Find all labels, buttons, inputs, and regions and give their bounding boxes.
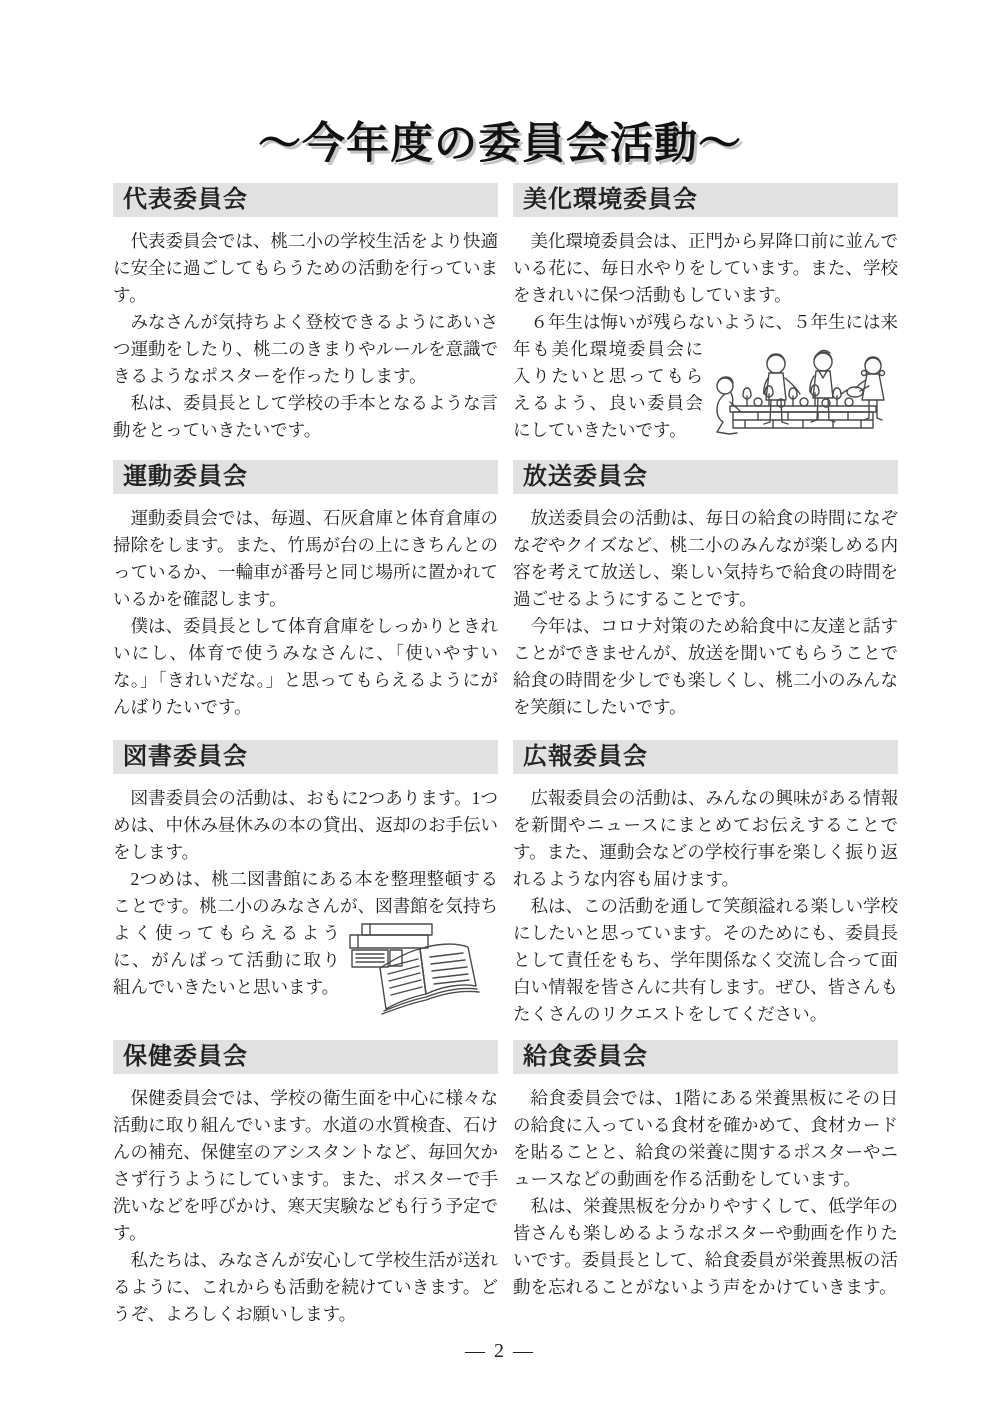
section-header: 代表委員会 — [113, 183, 498, 217]
section-sports-committee: 運動委員会 運動委員会では、毎週、石灰倉庫と体育倉庫の掃除をします。また、竹馬が… — [113, 460, 498, 721]
children-flowerbed-illustration — [703, 336, 898, 446]
section-header: 運動委員会 — [113, 460, 498, 494]
paragraph: 今年は、コロナ対策のため給食中に友達と話すことができませんが、放送を聞いてもらう… — [513, 613, 898, 721]
section-title: 運動委員会 — [123, 464, 248, 490]
paragraph: 図書委員会の活動は、おもに2つあります。1つめは、中休み昼休みの本の貸出、返却の… — [113, 785, 498, 866]
newsletter-page: ～今年度の委員会活動～ 代表委員会 代表委員会では、桃二小の学校生活をより快適に… — [0, 0, 1000, 1414]
section-title: 保健委員会 — [123, 1044, 248, 1070]
section-body: 放送委員会の活動は、毎日の給食の時間になぞなぞやクイズなど、桃二小のみんなが楽し… — [513, 505, 898, 721]
section-body: 美化環境委員会は、正門から昇降口前に並んでいる花に、毎日水やりをしています。また… — [513, 228, 898, 444]
section-body: 広報委員会の活動は、みんなの興味がある情報を新聞やニュースにまとめてお伝えするこ… — [513, 785, 898, 1028]
section-header: 図書委員会 — [113, 740, 498, 774]
section-header: 給食委員会 — [513, 1040, 898, 1074]
section-body: 運動委員会では、毎週、石灰倉庫と体育倉庫の掃除をします。また、竹馬が台の上にきち… — [113, 505, 498, 721]
section-title: 図書委員会 — [123, 744, 248, 770]
section-health-committee: 保健委員会 保健委員会では、学校の衛生面を中心に様々な活動に取り組んでいます。水… — [113, 1040, 498, 1328]
paragraph: 私は、栄養黒板を分かりやすくして、低学年の皆さんも楽しめるようなポスターや動画を… — [513, 1193, 898, 1301]
paragraph: 放送委員会の活動は、毎日の給食の時間になぞなぞやクイズなど、桃二小のみんなが楽し… — [513, 505, 898, 613]
paragraph: 僕は、委員長として体育倉庫をしっかりときれいにし、体育で使うみなさんに、「使いや… — [113, 613, 498, 721]
section-representative-committee: 代表委員会 代表委員会では、桃二小の学校生活をより快適に安全に過ごしてもらうため… — [113, 183, 498, 444]
paragraph: ６年生は悔いが残らないように、５年生には来年も美化環境委員会に入りたいと思っても… — [513, 309, 898, 444]
paragraph: 私は、この活動を通して笑顔溢れる楽しい学校にしたいと思っています。そのためにも、… — [513, 893, 898, 1028]
section-body: 図書委員会の活動は、おもに2つあります。1つめは、中休み昼休みの本の貸出、返却の… — [113, 785, 498, 1001]
section-header: 保健委員会 — [113, 1040, 498, 1074]
section-broadcasting-committee: 放送委員会 放送委員会の活動は、毎日の給食の時間になぞなぞやクイズなど、桃二小の… — [513, 460, 898, 721]
section-school-lunch-committee: 給食委員会 給食委員会では、1階にある栄養黒板にその日の給食に入っている食材を確… — [513, 1040, 898, 1301]
paragraph: 代表委員会では、桃二小の学校生活をより快適に安全に過ごしてもらうための活動を行っ… — [113, 228, 498, 309]
paragraph: 美化環境委員会は、正門から昇降口前に並んでいる花に、毎日水やりをしています。また… — [513, 228, 898, 309]
section-header: 広報委員会 — [513, 740, 898, 774]
section-title: 給食委員会 — [523, 1044, 648, 1070]
paragraph: 私は、委員長として学校の手本となるような言動をとっていきたいです。 — [113, 390, 498, 444]
paragraph: 私たちは、みなさんが安心して学校生活が送れるように、これからも活動を続けていきま… — [113, 1247, 498, 1328]
page-number: ― 2 ― — [0, 1340, 1000, 1363]
page-title: ～今年度の委員会活動～ — [0, 110, 1000, 171]
open-books-illustration — [340, 920, 498, 1022]
section-beautification-environment-committee: 美化環境委員会 美化環境委員会は、正門から昇降口前に並んでいる花に、毎日水やりを… — [513, 183, 898, 446]
section-title: 広報委員会 — [523, 744, 648, 770]
paragraph: 保健委員会では、学校の衛生面を中心に様々な活動に取り組んでいます。水道の水質検査… — [113, 1085, 498, 1247]
paragraph: 運動委員会では、毎週、石灰倉庫と体育倉庫の掃除をします。また、竹馬が台の上にきち… — [113, 505, 498, 613]
section-title: 代表委員会 — [123, 187, 248, 213]
section-title: 美化環境委員会 — [523, 187, 698, 213]
section-library-committee: 図書委員会 図書委員会の活動は、おもに2つあります。1つめは、中休み昼休みの本の… — [113, 740, 498, 1022]
paragraph: 給食委員会では、1階にある栄養黒板にその日の給食に入っている食材を確かめて、食材… — [513, 1085, 898, 1193]
paragraph: みなさんが気持ちよく登校できるようにあいさつ運動をしたり、桃二のきまりやルールを… — [113, 309, 498, 390]
section-title: 放送委員会 — [523, 464, 648, 490]
paragraph: 2つめは、桃二図書館にある本を整理整頓することです。桃二小のみなさんが、図書館を… — [113, 866, 498, 1001]
section-header: 美化環境委員会 — [513, 183, 898, 217]
section-body: 給食委員会では、1階にある栄養黒板にその日の給食に入っている食材を確かめて、食材… — [513, 1085, 898, 1301]
section-public-relations-committee: 広報委員会 広報委員会の活動は、みんなの興味がある情報を新聞やニュースにまとめて… — [513, 740, 898, 1028]
paragraph: 広報委員会の活動は、みんなの興味がある情報を新聞やニュースにまとめてお伝えするこ… — [513, 785, 898, 893]
section-header: 放送委員会 — [513, 460, 898, 494]
section-body: 代表委員会では、桃二小の学校生活をより快適に安全に過ごしてもらうための活動を行っ… — [113, 228, 498, 444]
section-body: 保健委員会では、学校の衛生面を中心に様々な活動に取り組んでいます。水道の水質検査… — [113, 1085, 498, 1328]
